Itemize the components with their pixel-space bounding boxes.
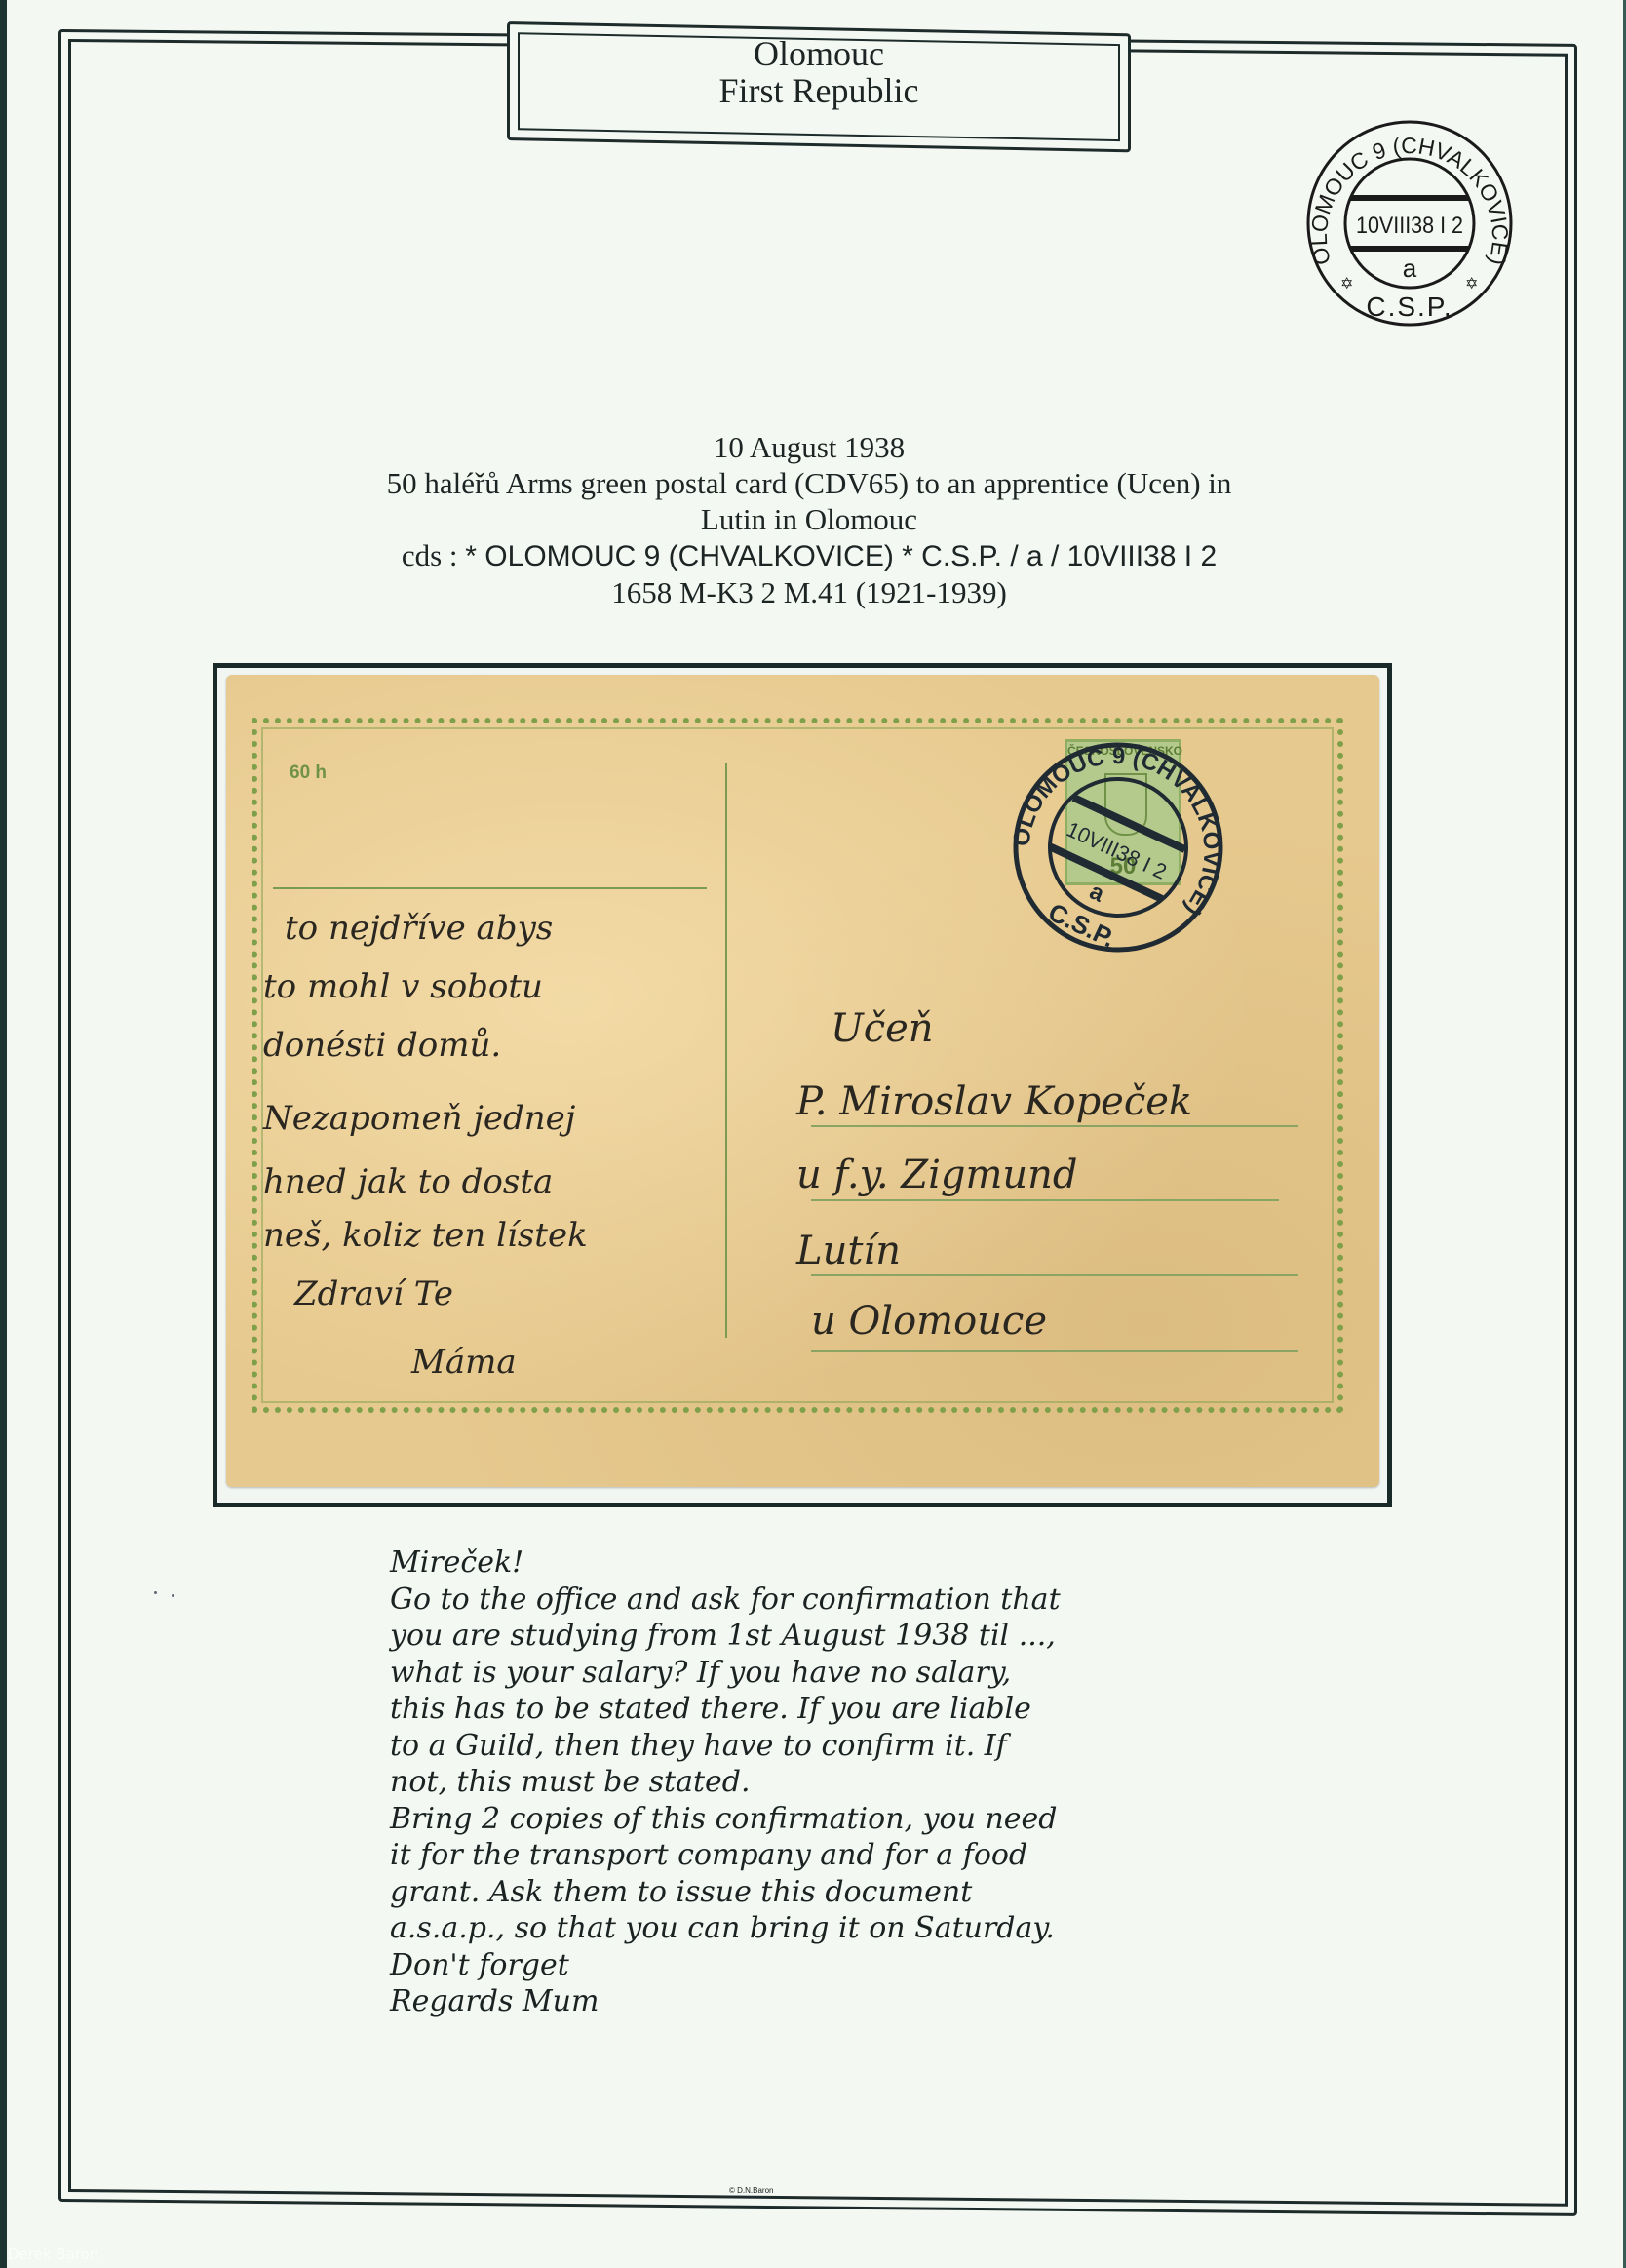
address-line: Lutín: [796, 1229, 901, 1273]
address-line: Učeň: [831, 1006, 934, 1051]
translation-line: Regards Mum: [390, 1983, 1267, 2020]
description-line-2: Lutin in Olomouc: [224, 501, 1394, 537]
address-rule: [811, 1274, 1298, 1276]
postmark-letter: a: [1403, 254, 1417, 283]
translation-line: what is your salary? If you have no sala…: [390, 1655, 1267, 1692]
message-line: to nejdříve abys: [285, 909, 553, 948]
description-catalog: 1658 M-K3 2 M.41 (1921-1939): [224, 574, 1394, 610]
postmark-date: 10VIII38 I 2: [1356, 213, 1463, 239]
postmark-bottom-text: C.S.P.: [1366, 292, 1452, 322]
cancel-letter: a: [1085, 879, 1108, 908]
postcard-cancellation: OLOMOUC 9 (CHVALKOVICE) 10VIII38 I 2 a C…: [1006, 735, 1230, 959]
star-icon: ✡: [1465, 276, 1478, 293]
message-line: to mohl v sobotu: [263, 967, 543, 1006]
address-rule: [811, 1350, 1298, 1352]
address-divider-line: [725, 763, 727, 1338]
address-line: P. Miroslav Kopeček: [796, 1079, 1192, 1124]
translation-line: Mireček!: [390, 1545, 1267, 1582]
message-signature: Máma: [411, 1343, 517, 1382]
message-line: Zdraví Te: [294, 1274, 453, 1313]
scan-edge-left: [0, 0, 7, 2268]
translation-line: Don't forget: [390, 1947, 1267, 1984]
translation-line: Go to the office and ask for confirmatio…: [390, 1582, 1267, 1619]
item-description: 10 August 1938 50 haléřů Arms green post…: [224, 429, 1394, 610]
address-line: u f.y. Zigmund: [796, 1153, 1078, 1197]
translation-text: Mireček! Go to the office and ask for co…: [390, 1545, 1267, 2020]
message-line: Nezapomeň jednej: [263, 1099, 575, 1138]
paper-speck: [154, 1591, 157, 1594]
translation-line: not, this must be stated.: [390, 1764, 1267, 1801]
photographer-watermark: Derek Baron: [8, 2246, 98, 2263]
message-line: neš, koliz ten lístek: [263, 1216, 588, 1255]
page-title-city: Olomouc: [507, 35, 1131, 72]
description-line-1: 50 haléřů Arms green postal card (CDV65)…: [224, 465, 1394, 501]
paper-speck: [172, 1594, 174, 1597]
postcard: 60 h to nejdříve abys to mohl v sobotu d…: [226, 675, 1379, 1487]
description-date: 10 August 1938: [224, 429, 1394, 465]
face-value-label: 60 h: [290, 763, 327, 784]
translation-line: grant. Ask them to issue this document: [390, 1874, 1267, 1911]
message-line: hned jak to dosta: [263, 1162, 553, 1201]
address-rule: [811, 1199, 1279, 1201]
message-divider-line: [273, 887, 707, 889]
cancel-ring-text: OLOMOUC 9 (CHVALKOVICE): [1006, 735, 1230, 932]
description-cds: cds : * OLOMOUC 9 (CHVALKOVICE) * C.S.P.…: [224, 537, 1394, 574]
translation-line: a.s.a.p., so that you can bring it on Sa…: [390, 1910, 1267, 1947]
star-icon: ✡: [1340, 276, 1353, 293]
translation-line: you are studying from 1st August 1938 ti…: [390, 1618, 1267, 1655]
address-rule: [811, 1125, 1298, 1127]
cds-prefix: cds :: [402, 538, 465, 572]
address-line: u Olomouce: [811, 1299, 1047, 1344]
cds-text: * OLOMOUC 9 (CHVALKOVICE) * C.S.P. / a /…: [465, 540, 1217, 572]
translation-line: to a Guild, then they have to confirm it…: [390, 1728, 1267, 1765]
page-title: Olomouc First Republic: [507, 35, 1131, 109]
translation-line: it for the transport company and for a f…: [390, 1837, 1267, 1874]
translation-line: this has to be stated there. If you are …: [390, 1691, 1267, 1728]
postmark-illustration: OLOMOUC 9 (CHVALKOVICE) 10VIII38 I 2 a C…: [1301, 115, 1518, 332]
translation-line: Bring 2 copies of this confirmation, you…: [390, 1801, 1267, 1838]
page-title-period: First Republic: [507, 72, 1131, 109]
message-line: donésti domů.: [263, 1026, 501, 1065]
copyright-notice: © D.N.Baron: [729, 2186, 773, 2195]
